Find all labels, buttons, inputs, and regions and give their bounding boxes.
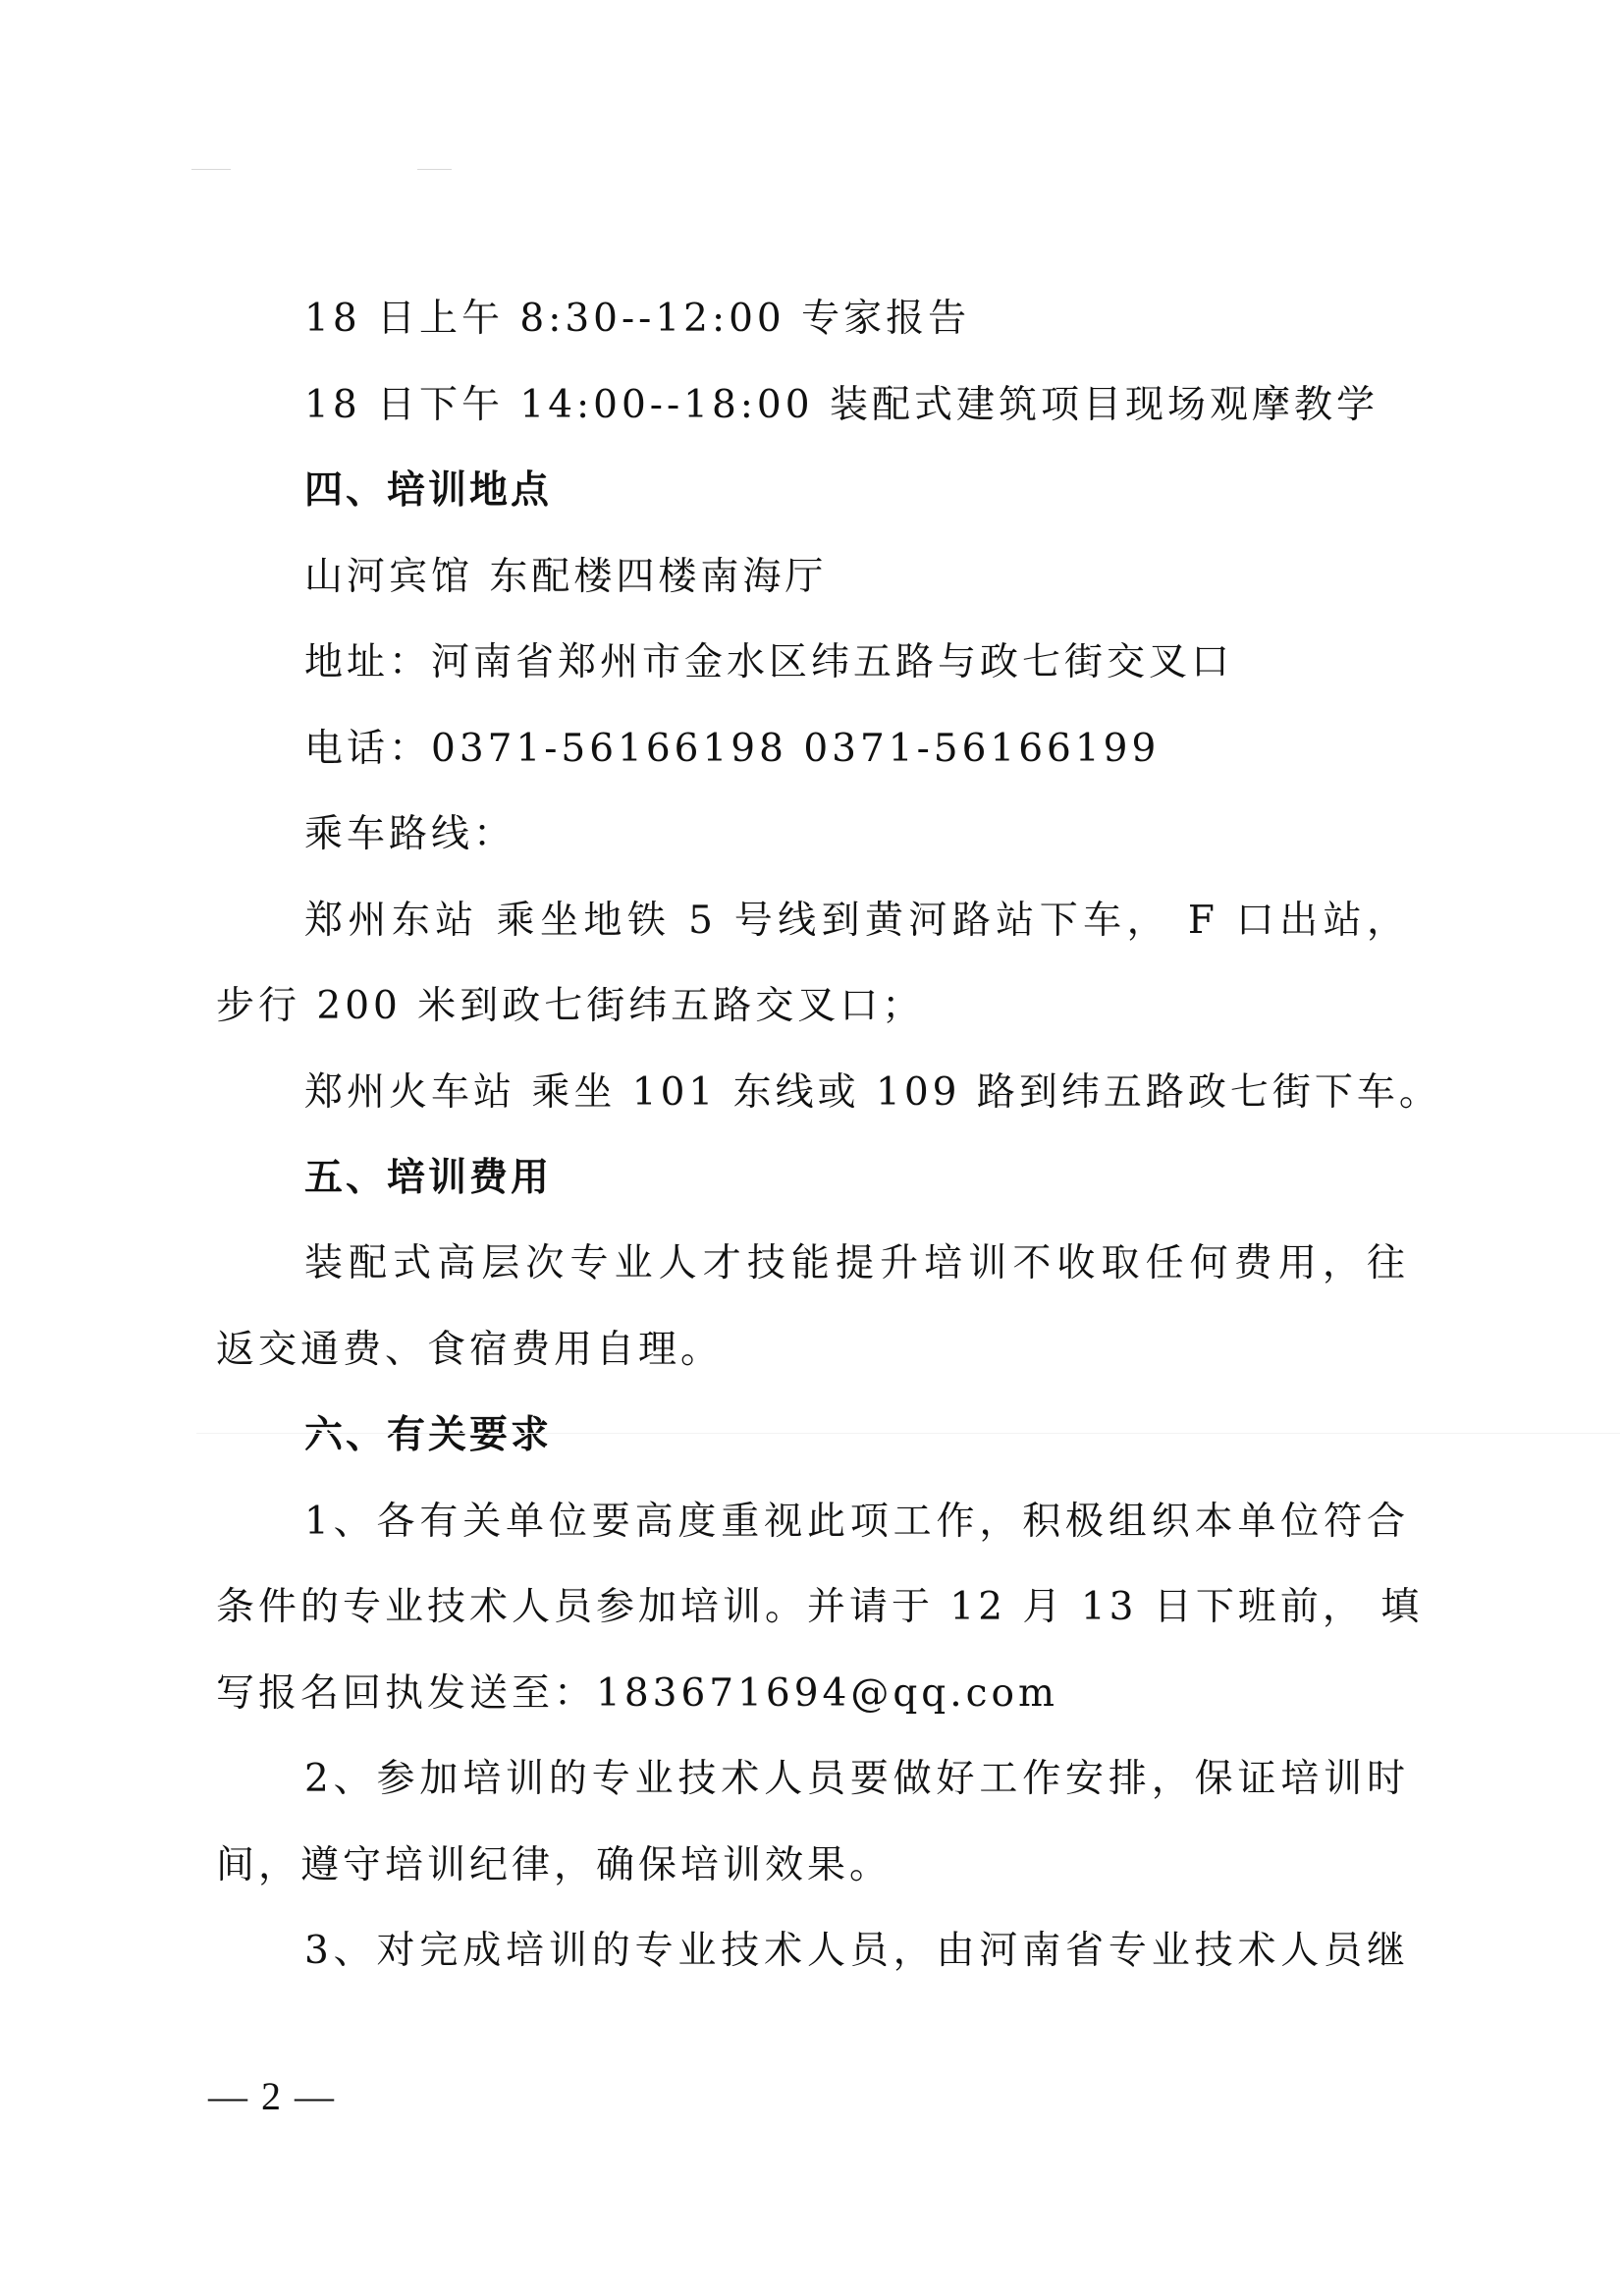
- requirement-2-line2: 间，遵守培训纪律，确保培训效果。: [216, 1841, 892, 1890]
- requirement-1-line3: 写报名回执发送至：183671694@qq.com: [216, 1669, 1058, 1719]
- requirement-3-line1: 3、对完成培训的专业技术人员，由河南省专业技术人员继: [304, 1927, 1409, 1976]
- page-number: — 2 —: [208, 2072, 336, 2121]
- fees-text-line2: 返交通费、食宿费用自理。: [216, 1326, 723, 1375]
- route-east-station-line2: 步行 200 米到政七街纬五路交叉口；: [216, 982, 924, 1031]
- venue-phone: 电话：0371-56166198 0371-56166199: [304, 725, 1160, 774]
- schedule-line-morning: 18 日上午 8:30--12:00 专家报告: [304, 295, 970, 344]
- document-page: 18 日上午 8:30--12:00 专家报告 18 日下午 14:00--18…: [0, 0, 1623, 2296]
- section-heading-requirements: 六、有关要求: [304, 1411, 552, 1460]
- requirement-1-line1: 1、各有关单位要高度重视此项工作，积极组织本单位符合: [304, 1498, 1409, 1547]
- venue-address: 地址：河南省郑州市金水区纬五路与政七街交叉口: [304, 638, 1233, 687]
- scan-artifact: [417, 169, 452, 170]
- route-railway-station: 郑州火车站 乘坐 101 东线或 109 路到纬五路政七街下车。: [304, 1068, 1441, 1118]
- route-east-station-line1: 郑州东站 乘坐地铁 5 号线到黄河路站下车， F 口出站，: [304, 897, 1409, 946]
- schedule-line-afternoon: 18 日下午 14:00--18:00 装配式建筑项目现场观摩教学: [304, 381, 1379, 430]
- section-heading-fees: 五、培训费用: [304, 1154, 552, 1203]
- section-heading-location: 四、培训地点: [304, 466, 552, 516]
- scan-artifact: [191, 169, 231, 170]
- route-label: 乘车路线：: [304, 810, 515, 859]
- scan-artifact: [196, 1433, 1620, 1434]
- requirement-2-line1: 2、参加培训的专业技术人员要做好工作安排，保证培训时: [304, 1755, 1409, 1804]
- fees-text-line1: 装配式高层次专业人才技能提升培训不收取任何费用，往: [304, 1239, 1409, 1288]
- requirement-1-line2: 条件的专业技术人员参加培训。并请于 12 月 13 日下班前， 填: [216, 1583, 1409, 1632]
- venue-name: 山河宾馆 东配楼四楼南海厅: [304, 553, 827, 602]
